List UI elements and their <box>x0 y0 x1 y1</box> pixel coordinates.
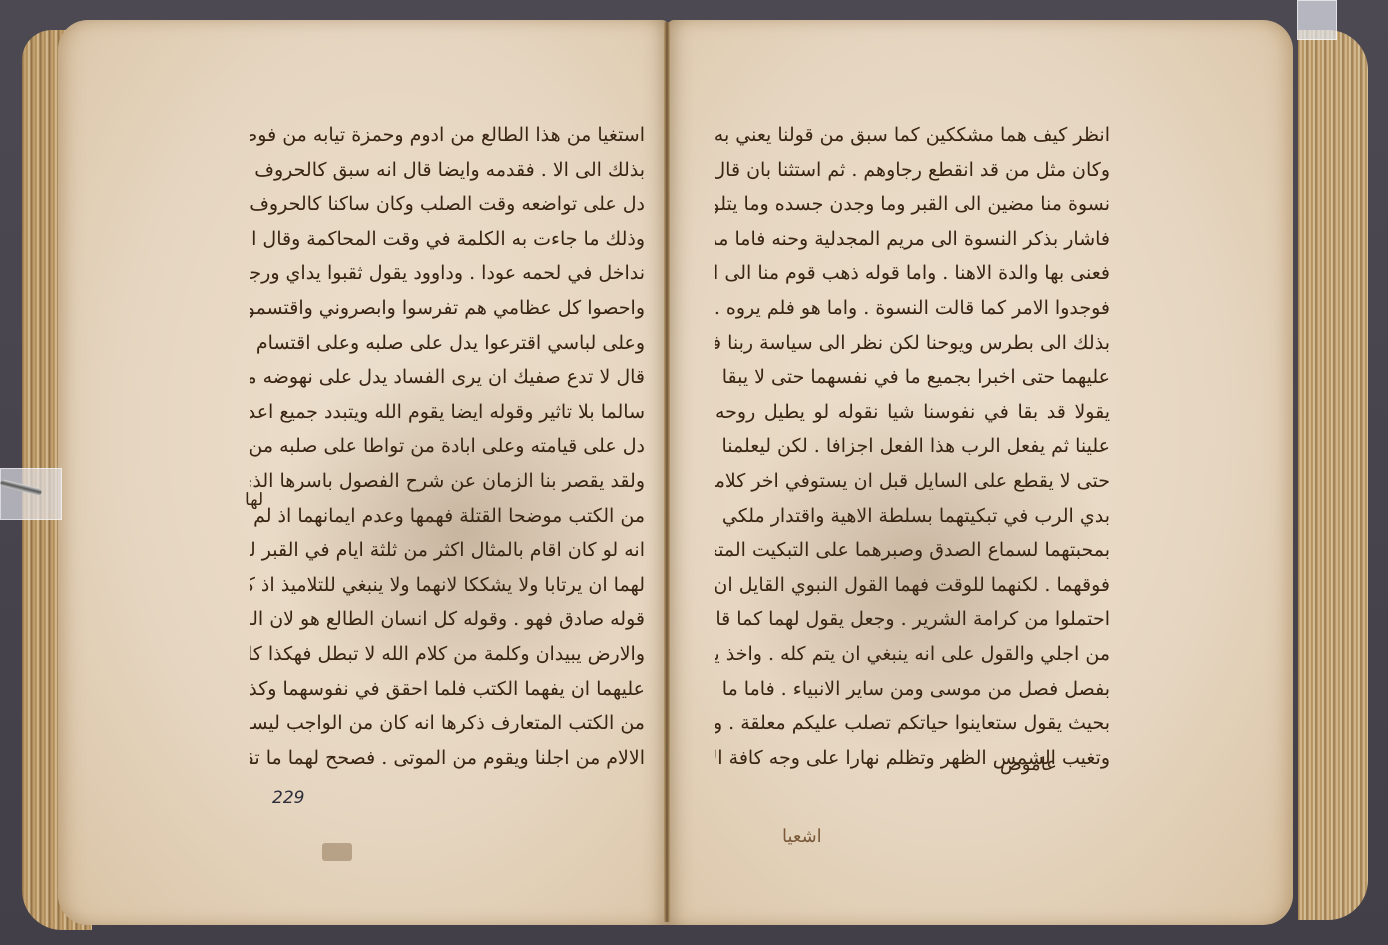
text-line: يقولا قد بقا في نفوسنا شيا نقوله لو يطيل… <box>715 395 1110 430</box>
catchword: عاموص <box>1000 754 1057 775</box>
text-line: من الكتب المتعارف ذكرها انه كان من الواج… <box>250 706 645 741</box>
text-line: قوله صادق فهو . وقوله كل انسان الطالع هو… <box>250 602 645 637</box>
text-line: واحصوا كل عظامي هم تفرسوا وابصروني واقتس… <box>250 291 645 326</box>
text-line: علينا ثم يفعل الرب هذا الفعل اجزافا . لك… <box>715 429 1110 464</box>
text-line: انه لو كان اقام بالمثال اكثر من ثلثة ايا… <box>250 533 645 568</box>
text-line: من اجلي والقول على انه ينبغي ان يتم كله … <box>715 637 1110 672</box>
text-line: بحيث يقول ستعاينوا حياتكم تصلب عليكم معل… <box>715 706 1110 741</box>
text-line: لهما ان يرتابا ولا يشككا لانهما ولا ينبغ… <box>250 568 645 603</box>
text-line: بفصل فصل من موسى ومن ساير الانبياء . فام… <box>715 672 1110 707</box>
right-page-block-edge <box>1298 30 1368 920</box>
text-line: دل على تواضعه وقت الصلب وكان ساكنا كالحر… <box>250 187 645 222</box>
text-line: فوجدوا الامر كما قالت النسوة . واما هو ف… <box>715 291 1110 326</box>
text-line: من الكتب موضحا القتلة فهمها وعدم ايمانهم… <box>250 499 645 534</box>
right-page-text: انظر كيف هما مشككين كما سبق من قولنا يعن… <box>715 118 1110 775</box>
text-line: بمحبتهما لسماع الصدق وصبرهما على التبكيت… <box>715 533 1110 568</box>
text-line: عليهما ان يفهما الكتب فلما احقق في نفوسه… <box>250 672 645 707</box>
text-line: والارض يبيدان وكلمة من كلام الله لا تبطل… <box>250 637 645 672</box>
text-line: الالام من اجلنا ويقوم من الموتى . فصحح ل… <box>250 741 645 776</box>
text-line: ولقد يقصر بنا الزمان عن شرح الفصول باسره… <box>250 464 645 499</box>
text-line: انظر كيف هما مشككين كما سبق من قولنا يعن… <box>715 118 1110 153</box>
text-line: فعنى بها والدة الاهنا . واما قوله ذهب قو… <box>715 256 1110 291</box>
footer-note: اشعيا <box>782 826 822 847</box>
transparent-tab <box>1297 0 1337 40</box>
book-gutter <box>664 22 670 922</box>
text-line: بدي الرب في تبكيتهما بسلطة الاهية واقتدا… <box>715 499 1110 534</box>
folio-number: 229 <box>272 788 304 808</box>
text-line: نسوة منا مضين الى القبر وما وجدن جسده وم… <box>715 187 1110 222</box>
text-line: حتى لا يقطع على السايل قبل ان يستوفي اخر… <box>715 464 1110 499</box>
text-line: دل على قيامته وعلى ابادة من تواطا على صل… <box>250 429 645 464</box>
text-line: قال لا تدع صفيك ان يرى الفساد يدل على نه… <box>250 360 645 395</box>
text-line: سالما بلا تاثير وقوله ايضا يقوم الله ويت… <box>250 395 645 430</box>
text-line: عليهما حتى اخبرا بجميع ما في نفسهما حتى … <box>715 360 1110 395</box>
text-line: وعلى لباسي اقترعوا يدل على صلبه وعلى اقت… <box>250 326 645 361</box>
text-line: وذلك ما جاءت به الكلمة في وقت المحاكمة و… <box>250 222 645 257</box>
left-page-text: استغيا من هذا الطالع من ادوم وحمزة تيابه… <box>250 118 645 775</box>
text-line: نداخل في لحمه عودا . وداوود يقول ثقبوا ي… <box>250 256 645 291</box>
text-line: فاشار بذكر النسوة الى مريم المجدلية وحنه… <box>715 222 1110 257</box>
paper-stain <box>322 843 352 861</box>
marginal-note: لها <box>245 490 263 510</box>
text-line: فوقهما . لكنهما للوقت فهما القول النبوي … <box>715 568 1110 603</box>
text-line: احتملوا من كرامة الشرير . وجعل يقول لهما… <box>715 602 1110 637</box>
text-line: استغيا من هذا الطالع من ادوم وحمزة تيابه… <box>250 118 645 153</box>
text-line: بذلك الى الا . فقدمه وايضا قال انه سبق ك… <box>250 153 645 188</box>
text-line: بذلك الى بطرس ويوحنا لكن نظر الى سياسة ر… <box>715 326 1110 361</box>
transparent-tape <box>0 468 62 520</box>
text-line: وكان مثل من قد انقطع رجاوهم . ثم استثنا … <box>715 153 1110 188</box>
